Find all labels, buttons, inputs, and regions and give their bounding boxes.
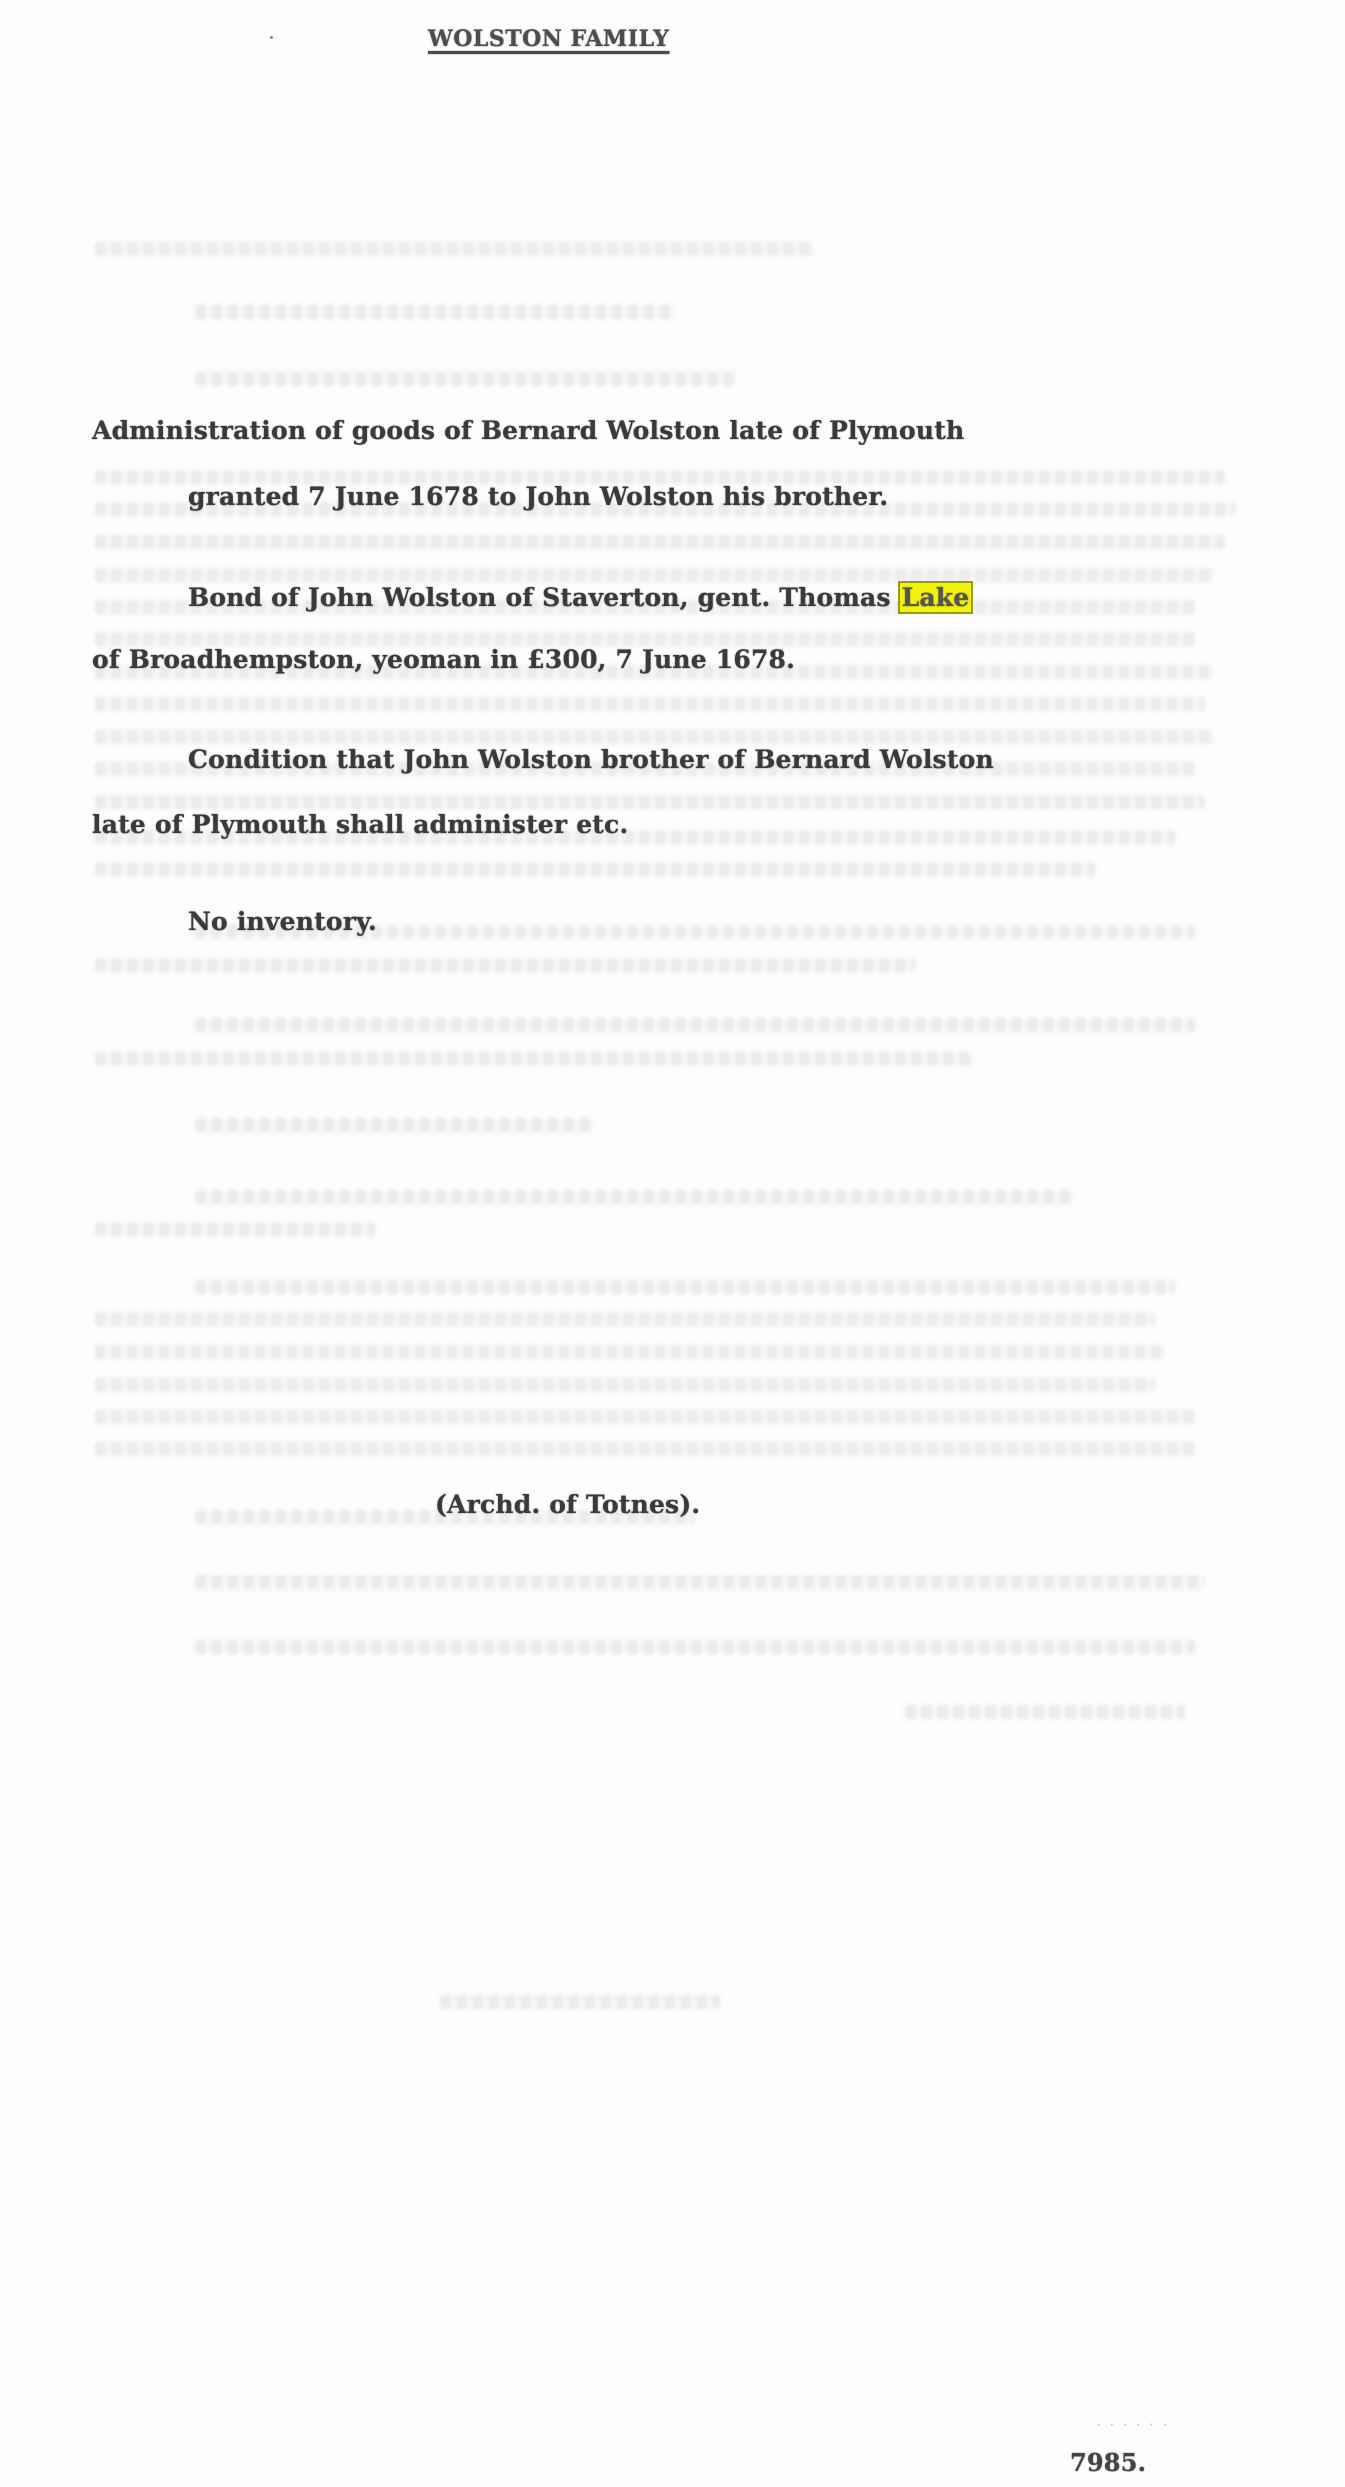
text-line-administration: Administration of goods of Bernard Wolst…	[92, 416, 964, 445]
bleed-through-line	[95, 730, 1215, 744]
text-line-granted: granted 7 June 1678 to John Wolston his …	[188, 482, 888, 511]
text-line-broadhempston: of Broadhempston, yeoman in £300, 7 June…	[92, 645, 795, 674]
bleed-through-line	[95, 697, 1205, 711]
bleed-through-line	[95, 1410, 1195, 1424]
text-line-condition: Condition that John Wolston brother of B…	[188, 745, 994, 774]
bleed-through-line	[195, 372, 735, 386]
bleed-through-line	[195, 1018, 1195, 1032]
bleed-through-line	[195, 1280, 1175, 1294]
bleed-through-line	[905, 1705, 1185, 1719]
bleed-through-line	[95, 1052, 975, 1066]
bleed-through-line	[440, 1995, 720, 2009]
bleed-through-line	[95, 1222, 375, 1236]
bleed-through-line	[95, 1442, 1195, 1456]
ink-speck	[270, 36, 273, 39]
bleed-through-line	[95, 242, 815, 256]
bleed-through-line	[95, 1345, 1165, 1359]
highlighted-search-match: Lake	[900, 583, 972, 612]
document-page: WOLSTON FAMILY Administration of goods o…	[0, 0, 1345, 2487]
text-line-archdeaconry: (Archd. of Totnes).	[435, 1490, 700, 1519]
bleed-through-line	[195, 1190, 1075, 1204]
text-line-bond: Bond of John Wolston of Staverton, gent.…	[188, 583, 971, 612]
bleed-through-line	[95, 958, 915, 972]
bleed-through-line	[195, 305, 675, 319]
bleed-through-line	[195, 1640, 1195, 1654]
document-title: WOLSTON FAMILY	[428, 26, 669, 52]
bleed-through-line	[95, 1378, 1155, 1392]
bleed-through-line	[95, 535, 1225, 549]
bleed-through-line	[95, 632, 1195, 646]
faint-dots: ······	[1095, 2418, 1174, 2432]
text-line-administer: late of Plymouth shall administer etc.	[92, 810, 628, 839]
bleed-through-line	[95, 862, 1095, 876]
text-line-no-inventory: No inventory.	[188, 907, 377, 936]
bleed-through-line	[195, 1118, 595, 1132]
bleed-through-line	[95, 795, 1205, 809]
bond-text: Bond of John Wolston of Staverton, gent.…	[188, 583, 900, 612]
bleed-through-line	[195, 1575, 1205, 1589]
bleed-through-line	[95, 1312, 1155, 1326]
bleed-through-line	[95, 568, 1215, 582]
page-number: 7985.	[1070, 2448, 1146, 2477]
